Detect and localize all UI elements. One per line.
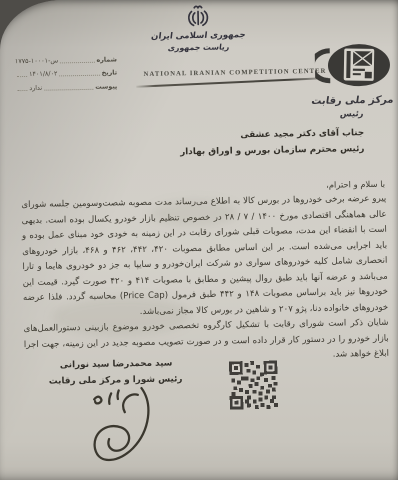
dotted-leader [44,83,93,90]
iran-emblem-icon [185,4,211,30]
scanned-letter-photo: شماره ۱۷۷۵-۱۰۰۰۱-س تاریخ ۱۴۰۱/۸/۰۲ پیوست… [0,0,398,480]
field-date: تاریخ ۱۴۰۱/۸/۰۲ [15,63,117,78]
dotted-leader [60,56,94,63]
attachment-value: ندارد [29,83,42,91]
number-label: شماره [96,55,117,63]
dotted-leader [59,70,99,77]
org-name-english: NATIONAL IRANIAN COMPETITION CENTER [135,68,335,78]
recipient-block: جناب آقای دکتر مجید عشقی رئیس محترم سازم… [180,126,365,160]
qr-code [227,360,280,411]
letter-paper: شماره ۱۷۷۵-۱۰۰۰۱-س تاریخ ۱۴۰۱/۸/۰۲ پیوست… [0,0,398,480]
header-rule [136,77,328,88]
dotted-leader [17,71,27,77]
number-value: ۱۷۷۵-۱۰۰۰۱-س [15,56,58,65]
org-name-farsi: مرکز ملی رقابت [319,95,395,107]
salutation: با سلام و احترام، [326,179,385,190]
date-label: تاریخ [102,68,118,76]
attachment-label: پیوست [95,82,117,90]
letter-content: شماره ۱۷۷۵-۱۰۰۰۱-س تاریخ ۱۴۰۱/۸/۰۲ پیوست… [0,0,398,480]
nicc-logo-icon [315,41,394,90]
dotted-leader [17,84,27,90]
field-attachment: پیوست ندارد [15,76,117,91]
org-role: رئیس [331,109,372,120]
field-number: شماره ۱۷۷۵-۱۰۰۰۱-س [15,49,117,64]
emblem-subtitle: ریاست جمهوری [138,42,259,53]
recipient-title: رئیس محترم سازمان بورس و اوراق بهادار [180,142,365,161]
letterhead-fields: شماره ۱۷۷۵-۱۰۰۰۱-س تاریخ ۱۴۰۱/۸/۰۲ پیوست… [15,49,118,91]
national-emblem-block: جمهوری اسلامی ایران ریاست جمهوری [138,3,259,53]
handwritten-signature-icon [83,385,160,472]
date-value: ۱۴۰۱/۸/۰۲ [29,69,57,77]
emblem-title: جمهوری اسلامی ایران [138,30,259,42]
nicc-logo-block: مرکز ملی رقابت رئیس [315,41,396,120]
